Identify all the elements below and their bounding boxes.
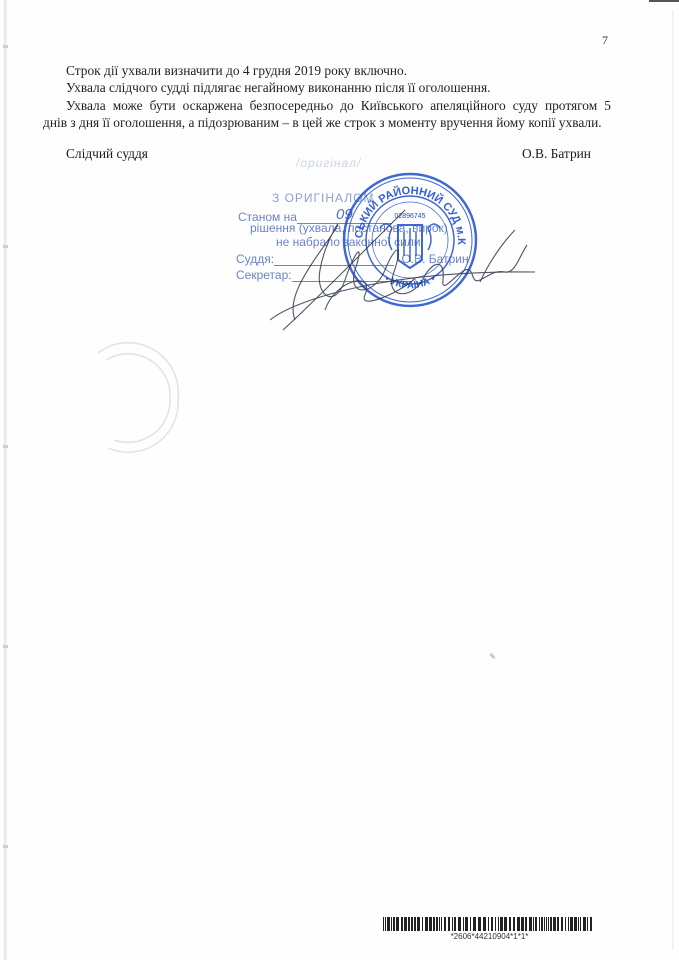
signature-icon xyxy=(265,200,535,335)
faint-original-stamp: /оригінал/ xyxy=(296,156,361,170)
word: протягом xyxy=(545,97,597,114)
word: суду xyxy=(513,97,538,114)
scan-edge xyxy=(649,0,679,2)
word: до xyxy=(340,97,354,114)
word: 5 xyxy=(604,97,611,114)
binding-hole xyxy=(3,845,8,848)
binding-edge xyxy=(4,0,7,960)
word: Київського xyxy=(361,97,424,114)
scan-artifact xyxy=(489,653,495,660)
word: безпосередньо xyxy=(250,97,334,114)
binding-hole xyxy=(3,45,8,48)
barcode-bars xyxy=(383,917,596,931)
binding-hole xyxy=(3,245,8,248)
document-page: 7 Строк дії ухвали визначити до 4 грудня… xyxy=(0,0,679,960)
binding-hole xyxy=(3,445,8,448)
faded-seal-icon xyxy=(78,338,188,458)
page-number: 7 xyxy=(602,33,608,48)
barcode: *2606*44210904*1*1* xyxy=(383,917,596,941)
word: оскаржена xyxy=(183,97,243,114)
paragraph-appeal-continued: днів з дня її оголошення, а підозрюваним… xyxy=(43,114,602,131)
word: Ухвала xyxy=(66,97,106,114)
paragraph-execution: Ухвала слідчого судді підлягає негайному… xyxy=(66,79,490,96)
paragraph-validity: Строк дії ухвали визначити до 4 грудня 2… xyxy=(66,62,407,79)
word: бути xyxy=(150,97,176,114)
word: може xyxy=(113,97,143,114)
word: апеляційного xyxy=(430,97,506,114)
paragraph-appeal: УхваламожебутиоскарженабезпосередньодоКи… xyxy=(66,97,611,114)
judge-name: О.В. Батрин xyxy=(522,146,591,162)
page-edge xyxy=(672,10,674,950)
binding-hole xyxy=(3,645,8,648)
barcode-text: *2606*44210904*1*1* xyxy=(383,932,596,941)
judge-title: Слідчий суддя xyxy=(66,146,148,162)
